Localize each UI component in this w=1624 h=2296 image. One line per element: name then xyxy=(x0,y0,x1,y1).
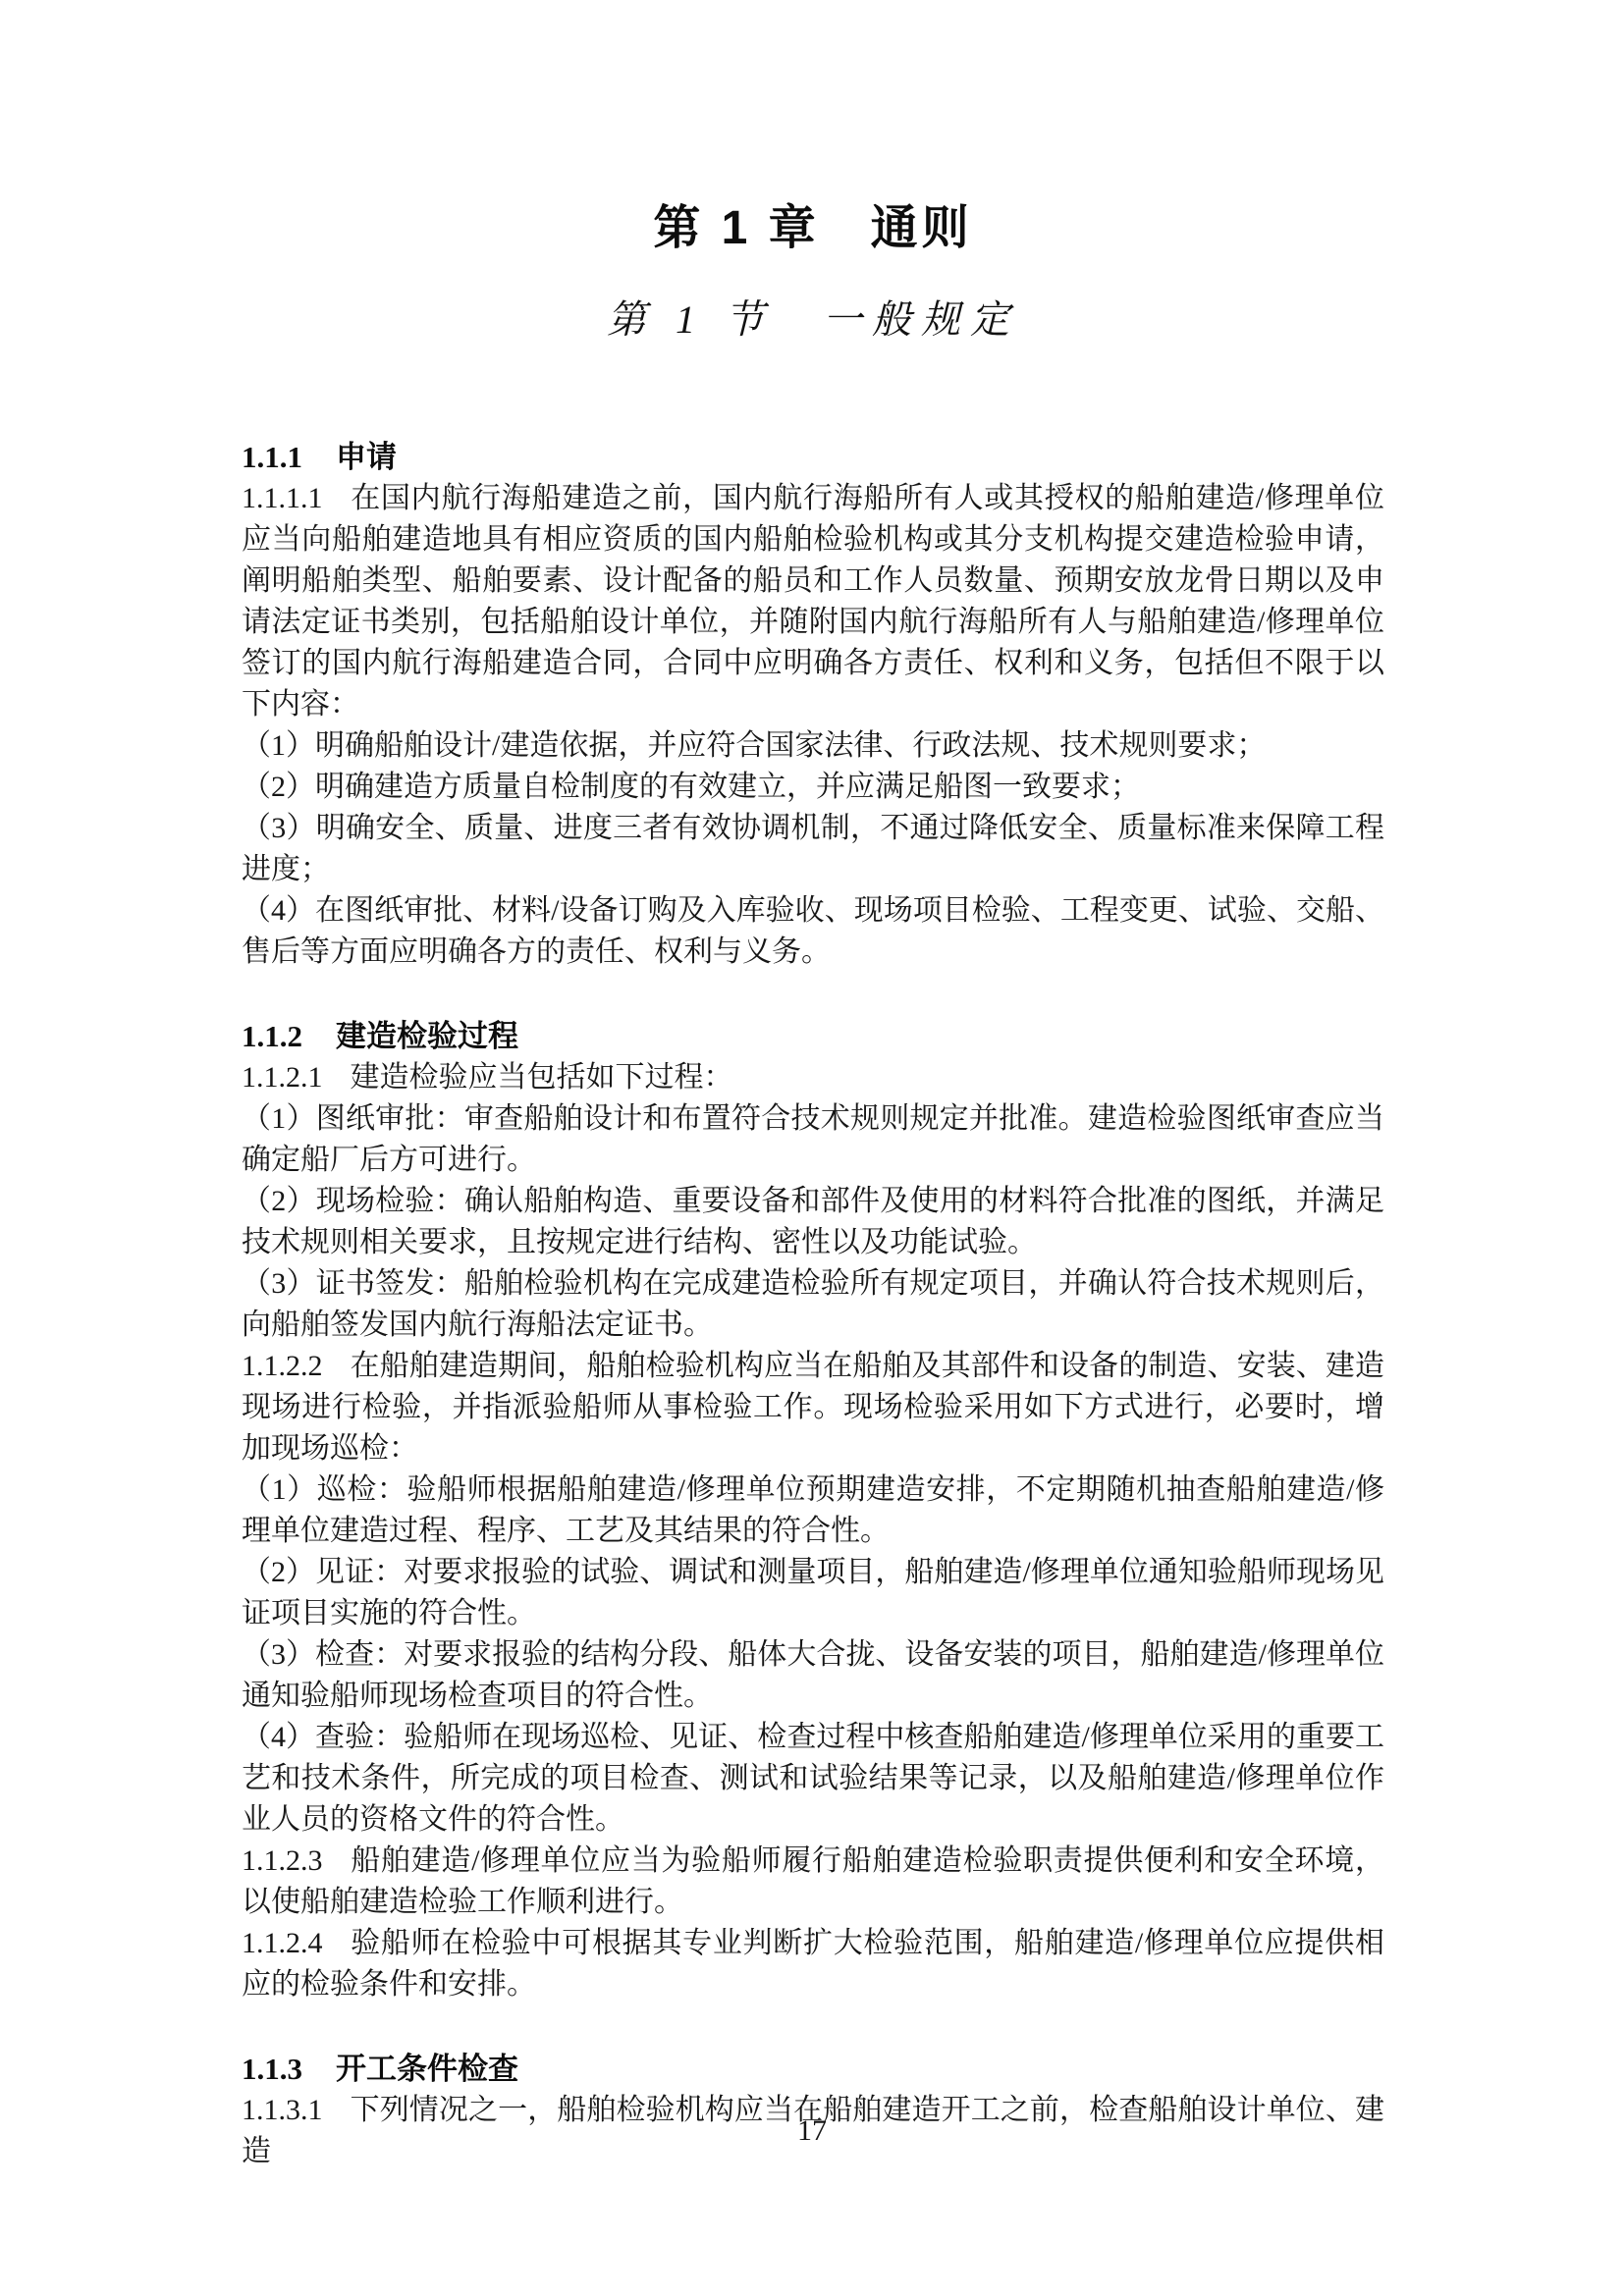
clause-text: （4）在图纸审批、材料/设备订购及入库验收、现场项目检验、工程变更、试验、交船、… xyxy=(242,894,1384,968)
clause-text: （1）巡检：验船师根据船舶建造/修理单位预期建造安排，不定期随机抽查船舶建造/修… xyxy=(242,1473,1384,1547)
section-heading: 1.1.1申请 xyxy=(242,437,1384,478)
clause-text: （1）明确船舶设计/建造依据，并应符合国家法律、行政法规、技术规则要求； xyxy=(242,729,1266,762)
clause-number: 1.1.2.4 xyxy=(242,1927,351,1959)
clause-text: （3）证书签发：船舶检验机构在完成建造检验所有规定项目，并确认符合技术规则后，向… xyxy=(242,1267,1384,1341)
section-heading: 1.1.2建造检验过程 xyxy=(242,1016,1384,1057)
list-item: （2）明确建造方质量自检制度的有效建立，并应满足船图一致要求； xyxy=(242,767,1384,808)
page-number: 17 xyxy=(0,2110,1624,2152)
paragraph: 1.1.2.2在船舶建造期间，船舶检验机构应当在船舶及其部件和设备的制造、安装、… xyxy=(242,1346,1384,1469)
section-heading-title: 建造检验过程 xyxy=(336,1019,518,1053)
clause-text: （4）查验：验船师在现场巡检、见证、检查过程中核查船舶建造/修理单位采用的重要工… xyxy=(242,1721,1384,1836)
list-item: （1）明确船舶设计/建造依据，并应符合国家法律、行政法规、技术规则要求； xyxy=(242,725,1384,767)
paragraph: 1.1.1.1在国内航行海船建造之前，国内航行海船所有人或其授权的船舶建造/修理… xyxy=(242,478,1384,725)
clause-number: 1.1.2.3 xyxy=(242,1844,351,1877)
list-item: （2）现场检验：确认船舶构造、重要设备和部件及使用的材料符合批准的图纸，并满足技… xyxy=(242,1181,1384,1263)
clause-text: 在船舶建造期间，船舶检验机构应当在船舶及其部件和设备的制造、安装、建造现场进行检… xyxy=(242,1350,1384,1465)
clause-text: 在国内航行海船建造之前，国内航行海船所有人或其授权的船舶建造/修理单位应当向船舶… xyxy=(242,482,1384,721)
paragraph: 1.1.2.4验船师在检验中可根据其专业判断扩大检验范围，船舶建造/修理单位应提… xyxy=(242,1923,1384,2005)
list-item: （3）明确安全、质量、进度三者有效协调机制，不通过降低安全、质量标准来保障工程进… xyxy=(242,808,1384,890)
list-item: （1）巡检：验船师根据船舶建造/修理单位预期建造安排，不定期随机抽查船舶建造/修… xyxy=(242,1469,1384,1552)
section-heading-number: 1.1.1 xyxy=(242,440,302,474)
list-item: （4）在图纸审批、材料/设备订购及入库验收、现场项目检验、工程变更、试验、交船、… xyxy=(242,890,1384,973)
clause-text: （3）检查：对要求报验的结构分段、船体大合拢、设备安装的项目，船舶建造/修理单位… xyxy=(242,1638,1384,1712)
clause-text: （2）现场检验：确认船舶构造、重要设备和部件及使用的材料符合批准的图纸，并满足技… xyxy=(242,1185,1384,1258)
list-item: （4）查验：验船师在现场巡检、见证、检查过程中核查船舶建造/修理单位采用的重要工… xyxy=(242,1717,1384,1841)
section-1-1-1: 1.1.1申请 1.1.1.1在国内航行海船建造之前，国内航行海船所有人或其授权… xyxy=(242,437,1384,973)
list-item: （3）证书签发：船舶检验机构在完成建造检验所有规定项目，并确认符合技术规则后，向… xyxy=(242,1263,1384,1346)
section-heading-number: 1.1.2 xyxy=(242,1019,302,1053)
clause-text: 船舶建造/修理单位应当为验船师履行船舶建造检验职责提供便利和安全环境，以使船舶建… xyxy=(242,1844,1384,1918)
section-heading-title: 申请 xyxy=(336,440,397,474)
clause-text: 建造检验应当包括如下过程： xyxy=(351,1061,733,1094)
section-heading-title: 开工条件检查 xyxy=(336,2052,518,2086)
paragraph: 1.1.2.1建造检验应当包括如下过程： xyxy=(242,1057,1384,1098)
clause-number: 1.1.2.2 xyxy=(242,1350,351,1382)
document-page: 第 1 章 通则 第 1 节 一般规定 1.1.1申请 1.1.1.1在国内航行… xyxy=(0,0,1624,2296)
clause-text: 验船师在检验中可根据其专业判断扩大检验范围，船舶建造/修理单位应提供相应的检验条… xyxy=(242,1927,1384,2001)
clause-number: 1.1.1.1 xyxy=(242,482,351,514)
chapter-title: 第 1 章 通则 xyxy=(242,201,1384,256)
document-body: 1.1.1申请 1.1.1.1在国内航行海船建造之前，国内航行海船所有人或其授权… xyxy=(242,437,1384,2172)
clause-number: 1.1.2.1 xyxy=(242,1061,351,1094)
list-item: （1）图纸审批：审查船舶设计和布置符合技术规则规定并批准。建造检验图纸审查应当确… xyxy=(242,1098,1384,1181)
section-title: 第 1 节 一般规定 xyxy=(242,295,1384,345)
section-heading: 1.1.3开工条件检查 xyxy=(242,2049,1384,2090)
list-item: （2）见证：对要求报验的试验、调试和测量项目，船舶建造/修理单位通知验船师现场见… xyxy=(242,1552,1384,1634)
list-item: （3）检查：对要求报验的结构分段、船体大合拢、设备安装的项目，船舶建造/修理单位… xyxy=(242,1634,1384,1717)
section-1-1-2: 1.1.2建造检验过程 1.1.2.1建造检验应当包括如下过程： （1）图纸审批… xyxy=(242,1016,1384,2005)
clause-text: （2）见证：对要求报验的试验、调试和测量项目，船舶建造/修理单位通知验船师现场见… xyxy=(242,1556,1384,1629)
clause-text: （1）图纸审批：审查船舶设计和布置符合技术规则规定并批准。建造检验图纸审查应当确… xyxy=(242,1102,1384,1176)
clause-text: （2）明确建造方质量自检制度的有效建立，并应满足船图一致要求； xyxy=(242,771,1140,803)
paragraph: 1.1.2.3船舶建造/修理单位应当为验船师履行船舶建造检验职责提供便利和安全环… xyxy=(242,1841,1384,1923)
section-heading-number: 1.1.3 xyxy=(242,2052,302,2086)
clause-text: （3）明确安全、质量、进度三者有效协调机制，不通过降低安全、质量标准来保障工程进… xyxy=(242,812,1384,885)
